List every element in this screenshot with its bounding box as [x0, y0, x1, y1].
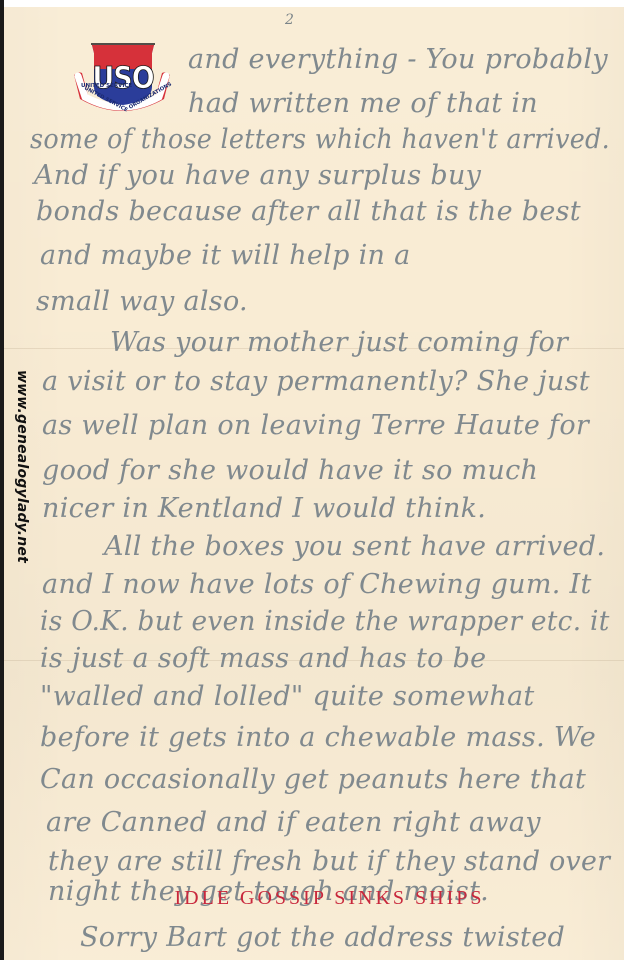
letter-line: they are still fresh but if they stand o…	[48, 846, 610, 877]
letter-line: small way also.	[36, 286, 248, 317]
watermark-text: www.genealogylady.net	[10, 370, 30, 690]
scan-border-top	[0, 0, 629, 7]
letter-line: All the boxes you sent have arrived.	[104, 531, 605, 562]
letter-line: Was your mother just coming for	[110, 327, 568, 358]
letter-line: had written me of that in	[188, 88, 538, 119]
letter-line: a visit or to stay permanently? She just	[42, 366, 590, 397]
letter-line: and maybe it will help in a	[40, 240, 411, 271]
letter-line: is just a soft mass and has to be	[40, 643, 486, 674]
uso-logo-icon: USO UNITED SERVICE UNITED SERVICE ORGANI…	[72, 43, 172, 113]
letter-line: and everything - You probably	[188, 44, 608, 75]
letter-line: before it gets into a chewable mass. We	[40, 722, 596, 753]
letter-line: good for she would have it so much	[42, 455, 538, 486]
letter-line: Can occasionally get peanuts here that	[40, 764, 586, 795]
letter-line: nicer in Kentland I would think.	[42, 493, 486, 524]
letter-line: Sorry Bart got the address twisted	[80, 922, 565, 953]
footer-slogan: IDLE GOSSIP SINKS SHIPS	[0, 887, 629, 910]
letter-line: "walled and lolled" quite somewhat	[40, 681, 535, 712]
page-number: 2	[285, 12, 294, 28]
letter-line: is O.K. but even inside the wrapper etc.…	[40, 606, 610, 637]
letter-line: And if you have any surplus buy	[34, 160, 481, 191]
letter-line: and I now have lots of Chewing gum. It	[42, 569, 592, 600]
letter-line: are Canned and if eaten right away	[46, 807, 541, 838]
scan-border-left	[0, 0, 4, 960]
letter-line: bonds because after all that is the best	[36, 196, 581, 227]
letter-line: as well plan on leaving Terre Haute for	[42, 410, 589, 441]
svg-text:USO: USO	[92, 61, 153, 96]
letter-line: some of those letters which haven't arri…	[30, 124, 610, 155]
